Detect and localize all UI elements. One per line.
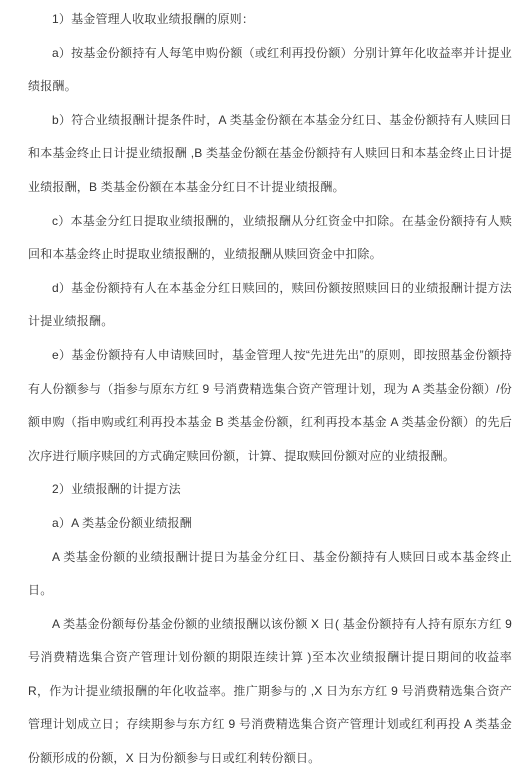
paragraph-1-principles-heading: 1）基金管理人收取业绩报酬的原则： <box>28 3 512 37</box>
paragraph-9-class-a-accrual-dates: A 类基金份额的业绩报酬计提日为基金分红日、基金份额持有人赎回日或本基金终止日。 <box>28 541 512 608</box>
paragraph-7-method-heading: 2）业绩报酬的计提方法 <box>28 473 512 507</box>
paragraph-10-class-a-calculation: A 类基金份额每份基金份额的业绩报酬以该份额 X 日( 基金份额持有人持有原东方… <box>28 608 512 768</box>
paragraph-3-item-b: b）符合业绩报酬计提条件时，A 类基金份额在本基金分红日、基金份额持有人赎回日和… <box>28 104 512 205</box>
paragraph-4-item-c: c）本基金分红日提取业绩报酬的，业绩报酬从分红资金中扣除。在基金份额持有人赎回和… <box>28 205 512 272</box>
paragraph-5-item-d: d）基金份额持有人在本基金分红日赎回的，赎回份额按照赎回日的业绩报酬计提方法计提… <box>28 272 512 339</box>
paragraph-8-class-a-heading: a）A 类基金份额业绩报酬 <box>28 507 512 541</box>
paragraph-6-item-e: e）基金份额持有人申请赎回时，基金管理人按“先进先出”的原则，即按照基金份额持有… <box>28 339 512 473</box>
paragraph-2-item-a: a）按基金份额持有人每笔申购份额（或红利再投份额）分别计算年化收益率并计提业绩报… <box>28 37 512 104</box>
document-page: 1）基金管理人收取业绩报酬的原则： a）按基金份额持有人每笔申购份额（或红利再投… <box>0 0 532 768</box>
